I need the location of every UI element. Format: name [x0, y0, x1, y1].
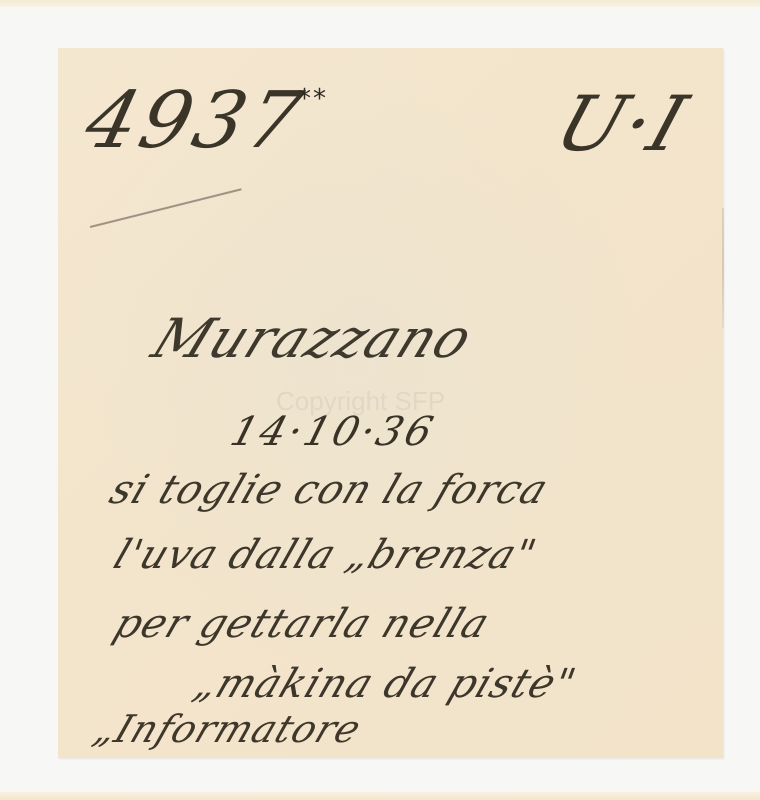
place-name: Murazzano	[145, 312, 480, 366]
text-line: „màkina da pistè"	[189, 664, 582, 704]
text-line: si toglie con la forca	[105, 470, 554, 510]
date: 14·10·36	[226, 412, 440, 452]
catalog-stars: **	[298, 84, 328, 114]
catalog-number: 4937	[78, 82, 312, 160]
grade-mark: U·I	[548, 86, 697, 162]
text-line: per gettarla nella	[109, 604, 495, 644]
signature: „Informatore	[89, 710, 367, 748]
mount-top-strip	[0, 0, 760, 7]
card-edge-mark	[722, 208, 724, 328]
mount-bottom-strip	[0, 792, 760, 800]
text-line: l'uva dalla „brenza"	[109, 535, 542, 575]
